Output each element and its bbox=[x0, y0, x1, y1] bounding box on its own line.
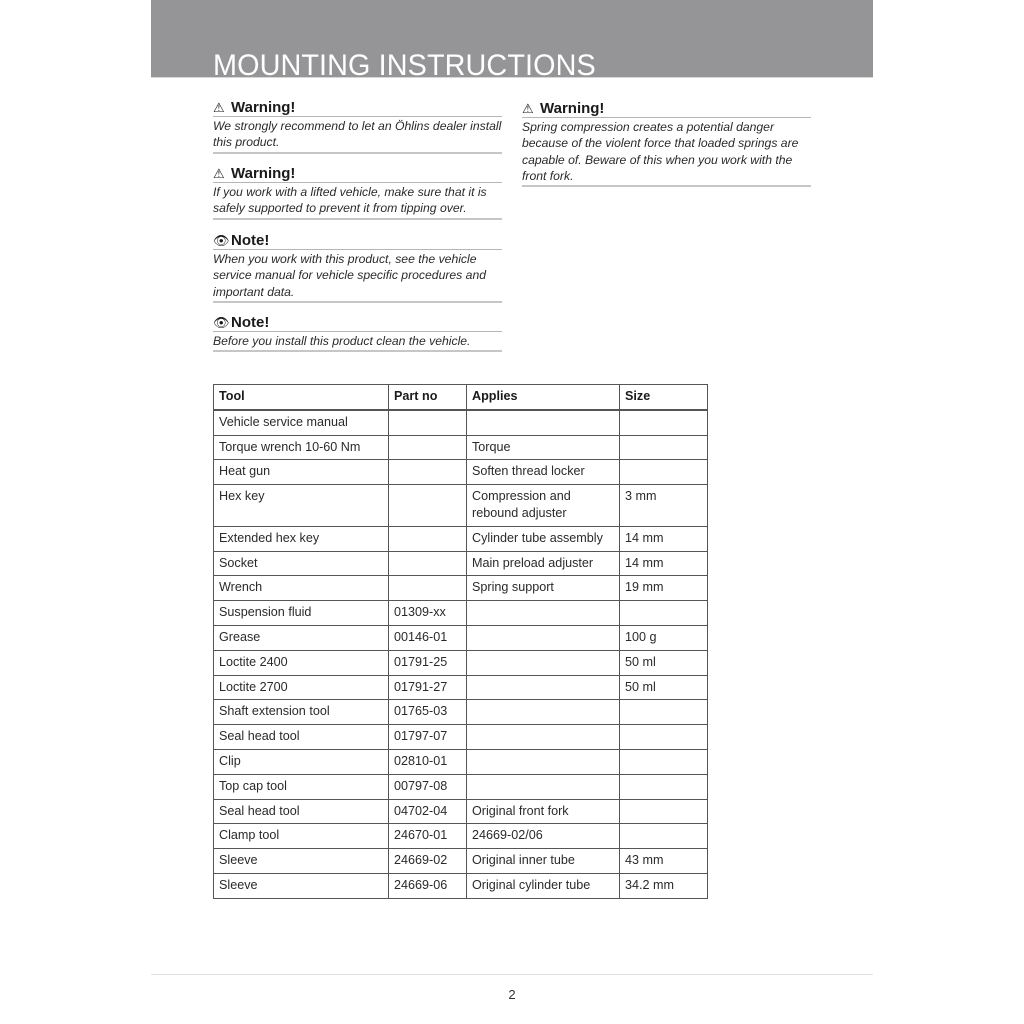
notice-text: Spring compression creates a potential d… bbox=[522, 118, 811, 187]
cell-applies bbox=[467, 675, 620, 700]
page-number: 2 bbox=[0, 987, 1024, 1002]
warning-notice-dealer: ⚠ Warning! We strongly recommend to let … bbox=[213, 99, 502, 154]
cell-applies bbox=[467, 725, 620, 750]
tools-table: Tool Part no Applies Size Vehicle servic… bbox=[213, 384, 708, 899]
cell-part-no: 01791-25 bbox=[389, 650, 467, 675]
notice-heading-text: Note! bbox=[231, 232, 269, 249]
table-row: Extended hex keyCylinder tube assembly14… bbox=[214, 526, 708, 551]
tools-table-body: Vehicle service manualTorque wrench 10-6… bbox=[214, 410, 708, 898]
cell-size bbox=[620, 799, 708, 824]
cell-tool: Vehicle service manual bbox=[214, 410, 389, 435]
warning-notice-lifted-vehicle: ⚠ Warning! If you work with a lifted veh… bbox=[213, 165, 502, 220]
cell-applies: Main preload adjuster bbox=[467, 551, 620, 576]
eye-icon: 👁 bbox=[213, 314, 227, 331]
cell-applies bbox=[467, 700, 620, 725]
column-header-applies: Applies bbox=[467, 385, 620, 410]
table-row: Suspension fluid01309-xx bbox=[214, 601, 708, 626]
table-row: Torque wrench 10-60 NmTorque bbox=[214, 435, 708, 460]
cell-tool: Socket bbox=[214, 551, 389, 576]
table-row: Hex keyCompression and rebound adjuster3… bbox=[214, 485, 708, 527]
cell-part-no: 01791-27 bbox=[389, 675, 467, 700]
cell-tool: Suspension fluid bbox=[214, 601, 389, 626]
table-row: Loctite 270001791-2750 ml bbox=[214, 675, 708, 700]
notice-heading: 👁 Note! bbox=[213, 232, 502, 250]
table-row: Seal head tool01797-07 bbox=[214, 725, 708, 750]
cell-size bbox=[620, 749, 708, 774]
cell-applies bbox=[467, 774, 620, 799]
cell-size bbox=[620, 700, 708, 725]
cell-size: 43 mm bbox=[620, 849, 708, 874]
cell-applies bbox=[467, 601, 620, 626]
cell-part-no: 01765-03 bbox=[389, 700, 467, 725]
cell-part-no: 02810-01 bbox=[389, 749, 467, 774]
table-row: Loctite 240001791-2550 ml bbox=[214, 650, 708, 675]
cell-size: 19 mm bbox=[620, 576, 708, 601]
cell-tool: Heat gun bbox=[214, 460, 389, 485]
note-notice-service-manual: 👁 Note! When you work with this product,… bbox=[213, 232, 502, 303]
cell-part-no bbox=[389, 526, 467, 551]
cell-part-no: 24669-02 bbox=[389, 849, 467, 874]
cell-applies: Original front fork bbox=[467, 799, 620, 824]
notice-heading: ⚠ Warning! bbox=[213, 165, 502, 183]
cell-part-no: 24670-01 bbox=[389, 824, 467, 849]
cell-applies: Original cylinder tube bbox=[467, 873, 620, 898]
table-row: SocketMain preload adjuster14 mm bbox=[214, 551, 708, 576]
cell-applies: Torque bbox=[467, 435, 620, 460]
cell-size bbox=[620, 460, 708, 485]
notice-heading: ⚠ Warning! bbox=[213, 99, 502, 117]
notice-heading-text: Warning! bbox=[540, 100, 604, 117]
warning-triangle-icon: ⚠ bbox=[213, 99, 227, 116]
warning-triangle-icon: ⚠ bbox=[213, 165, 227, 182]
cell-size bbox=[620, 725, 708, 750]
cell-tool: Seal head tool bbox=[214, 799, 389, 824]
table-row: Grease00146-01100 g bbox=[214, 625, 708, 650]
column-header-size: Size bbox=[620, 385, 708, 410]
table-row: Shaft extension tool01765-03 bbox=[214, 700, 708, 725]
warning-triangle-icon: ⚠ bbox=[522, 100, 536, 117]
cell-tool: Top cap tool bbox=[214, 774, 389, 799]
notice-heading-text: Warning! bbox=[231, 165, 295, 182]
cell-tool: Extended hex key bbox=[214, 526, 389, 551]
table-row: Heat gunSoften thread locker bbox=[214, 460, 708, 485]
cell-part-no bbox=[389, 435, 467, 460]
cell-tool: Clamp tool bbox=[214, 824, 389, 849]
notice-text: When you work with this product, see the… bbox=[213, 250, 502, 303]
cell-applies: Spring support bbox=[467, 576, 620, 601]
cell-part-no: 00797-08 bbox=[389, 774, 467, 799]
cell-applies bbox=[467, 650, 620, 675]
cell-size bbox=[620, 601, 708, 626]
notice-text: We strongly recommend to let an Öhlins d… bbox=[213, 117, 502, 154]
table-header-row: Tool Part no Applies Size bbox=[214, 385, 708, 410]
notice-heading: ⚠ Warning! bbox=[522, 100, 811, 118]
table-row: Clip02810-01 bbox=[214, 749, 708, 774]
cell-size bbox=[620, 435, 708, 460]
cell-tool: Wrench bbox=[214, 576, 389, 601]
cell-tool: Loctite 2700 bbox=[214, 675, 389, 700]
cell-applies bbox=[467, 410, 620, 435]
page-title: MOUNTING INSTRUCTIONS bbox=[213, 51, 596, 81]
cell-applies bbox=[467, 625, 620, 650]
cell-applies: Cylinder tube assembly bbox=[467, 526, 620, 551]
notice-text: If you work with a lifted vehicle, make … bbox=[213, 183, 502, 220]
cell-size: 3 mm bbox=[620, 485, 708, 527]
notice-heading: 👁 Note! bbox=[213, 314, 502, 332]
cell-size bbox=[620, 824, 708, 849]
notice-text: Before you install this product clean th… bbox=[213, 332, 502, 352]
cell-part-no bbox=[389, 460, 467, 485]
cell-size: 14 mm bbox=[620, 551, 708, 576]
table-row: Sleeve24669-02Original inner tube43 mm bbox=[214, 849, 708, 874]
warning-notice-spring-compression: ⚠ Warning! Spring compression creates a … bbox=[522, 100, 811, 187]
table-row: Clamp tool24670-0124669-02/06 bbox=[214, 824, 708, 849]
notice-heading-text: Warning! bbox=[231, 99, 295, 116]
cell-tool: Torque wrench 10-60 Nm bbox=[214, 435, 389, 460]
cell-part-no: 04702-04 bbox=[389, 799, 467, 824]
table-row: Seal head tool04702-04Original front for… bbox=[214, 799, 708, 824]
cell-tool: Sleeve bbox=[214, 873, 389, 898]
cell-size bbox=[620, 410, 708, 435]
cell-size: 14 mm bbox=[620, 526, 708, 551]
cell-part-no: 24669-06 bbox=[389, 873, 467, 898]
cell-size bbox=[620, 774, 708, 799]
cell-part-no: 00146-01 bbox=[389, 625, 467, 650]
table-row: Sleeve24669-06Original cylinder tube34.2… bbox=[214, 873, 708, 898]
cell-tool: Seal head tool bbox=[214, 725, 389, 750]
table-row: Top cap tool00797-08 bbox=[214, 774, 708, 799]
cell-tool: Clip bbox=[214, 749, 389, 774]
cell-applies: Original inner tube bbox=[467, 849, 620, 874]
cell-applies: 24669-02/06 bbox=[467, 824, 620, 849]
column-header-part-no: Part no bbox=[389, 385, 467, 410]
cell-size: 50 ml bbox=[620, 650, 708, 675]
table-row: WrenchSpring support19 mm bbox=[214, 576, 708, 601]
cell-part-no bbox=[389, 485, 467, 527]
cell-part-no: 01797-07 bbox=[389, 725, 467, 750]
cell-part-no: 01309-xx bbox=[389, 601, 467, 626]
cell-tool: Shaft extension tool bbox=[214, 700, 389, 725]
cell-applies bbox=[467, 749, 620, 774]
cell-part-no bbox=[389, 410, 467, 435]
table-row: Vehicle service manual bbox=[214, 410, 708, 435]
cell-tool: Grease bbox=[214, 625, 389, 650]
column-header-tool: Tool bbox=[214, 385, 389, 410]
cell-size: 100 g bbox=[620, 625, 708, 650]
cell-tool: Loctite 2400 bbox=[214, 650, 389, 675]
cell-part-no bbox=[389, 576, 467, 601]
cell-part-no bbox=[389, 551, 467, 576]
eye-icon: 👁 bbox=[213, 232, 227, 249]
notice-heading-text: Note! bbox=[231, 314, 269, 331]
cell-size: 50 ml bbox=[620, 675, 708, 700]
cell-applies: Compression and rebound adjuster bbox=[467, 485, 620, 527]
cell-tool: Sleeve bbox=[214, 849, 389, 874]
cell-size: 34.2 mm bbox=[620, 873, 708, 898]
cell-tool: Hex key bbox=[214, 485, 389, 527]
note-notice-clean-vehicle: 👁 Note! Before you install this product … bbox=[213, 314, 502, 352]
cell-applies: Soften thread locker bbox=[467, 460, 620, 485]
footer-divider bbox=[151, 974, 873, 975]
